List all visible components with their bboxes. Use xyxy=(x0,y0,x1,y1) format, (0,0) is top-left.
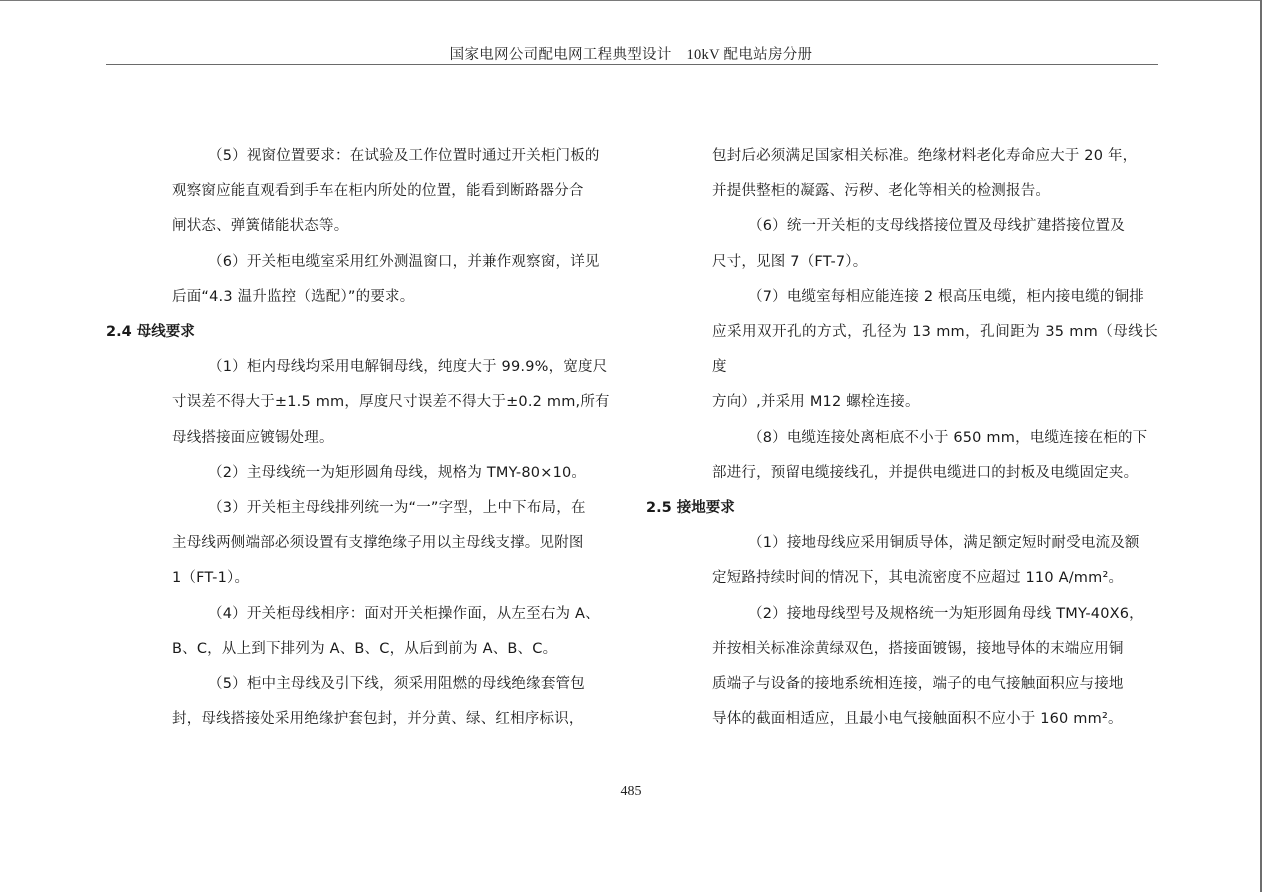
paragraph-first-line: （6）开关柜电缆室采用红外测温窗口，并兼作观察窗，详见 xyxy=(106,245,618,280)
section-heading: 2.5 接地要求 xyxy=(646,491,1158,526)
paragraph-first-line: （7）电缆室每相应能连接 2 根高压电缆，柜内接电缆的铜排 xyxy=(646,280,1158,315)
paragraph-line: 观察窗应能直观看到手车在柜内所处的位置，能看到断路器分合 xyxy=(106,174,618,209)
paragraph-line: 寸误差不得大于±1.5 mm，厚度尺寸误差不得大于±0.2 mm,所有 xyxy=(106,385,618,420)
paragraph-line: 并提供整柜的凝露、污秽、老化等相关的检测报告。 xyxy=(646,174,1158,209)
paragraph-line: 部进行，预留电缆接线孔，并提供电缆进口的封板及电缆固定夹。 xyxy=(646,456,1158,491)
paragraph-line: 包封后必须满足国家相关标准。绝缘材料老化寿命应大于 20 年， xyxy=(646,139,1158,174)
left-column: （5）视窗位置要求：在试验及工作位置时通过开关柜门板的观察窗应能直观看到手车在柜… xyxy=(106,139,618,737)
paragraph-first-line: （2）主母线统一为矩形圆角母线，规格为 TMY-80×10。 xyxy=(106,456,618,491)
paragraph-line: 后面“4.3 温升监控（选配）”的要求。 xyxy=(106,280,618,315)
paragraph-line: 闸状态、弹簧储能状态等。 xyxy=(106,209,618,244)
paragraph-line: 尺寸，见图 7（FT-7）。 xyxy=(646,245,1158,280)
paragraph-first-line: （1）接地母线应采用铜质导体，满足额定短时耐受电流及额 xyxy=(646,526,1158,561)
running-header: 国家电网公司配电网工程典型设计 10kV 配电站房分册 xyxy=(0,43,1262,64)
paragraph-line: 并按相关标准涂黄绿双色，搭接面镀锡，接地导体的末端应用铜 xyxy=(646,632,1158,667)
page-number: 485 xyxy=(0,784,1262,800)
paragraph-first-line: （4）开关柜母线相序：面对开关柜操作面，从左至右为 A、 xyxy=(106,597,618,632)
paragraph-first-line: （5）柜中主母线及引下线，须采用阻燃的母线绝缘套管包 xyxy=(106,667,618,702)
right-column: 包封后必须满足国家相关标准。绝缘材料老化寿命应大于 20 年，并提供整柜的凝露、… xyxy=(646,139,1158,737)
paragraph-line: 封，母线搭接处采用绝缘护套包封，并分黄、绿、红相序标识， xyxy=(106,702,618,737)
paragraph-line: 方向）,并采用 M12 螺栓连接。 xyxy=(646,385,1158,420)
paragraph-line: 应采用双开孔的方式，孔径为 13 mm，孔间距为 35 mm（母线长度 xyxy=(646,315,1158,385)
paragraph-first-line: （2）接地母线型号及规格统一为矩形圆角母线 TMY-40X6， xyxy=(646,597,1158,632)
paragraph-first-line: （1）柜内母线均采用电解铜母线，纯度大于 99.9%，宽度尺 xyxy=(106,350,618,385)
paragraph-line: B、C，从上到下排列为 A、B、C，从后到前为 A、B、C。 xyxy=(106,632,618,667)
paragraph-line: 质端子与设备的接地系统相连接，端子的电气接触面积应与接地 xyxy=(646,667,1158,702)
section-heading: 2.4 母线要求 xyxy=(106,315,618,350)
header-divider xyxy=(106,64,1158,65)
paragraph-first-line: （5）视窗位置要求：在试验及工作位置时通过开关柜门板的 xyxy=(106,139,618,174)
paragraph-first-line: （3）开关柜主母线排列统一为“一”字型，上中下布局，在 xyxy=(106,491,618,526)
paragraph-line: 定短路持续时间的情况下，其电流密度不应超过 110 A/mm²。 xyxy=(646,561,1158,596)
paragraph-line: 1（FT-1）。 xyxy=(106,561,618,596)
paragraph-line: 导体的截面相适应，且最小电气接触面积不应小于 160 mm²。 xyxy=(646,702,1158,737)
paragraph-line: 主母线两侧端部必须设置有支撑绝缘子用以主母线支撑。见附图 xyxy=(106,526,618,561)
paragraph-line: 母线搭接面应镀锡处理。 xyxy=(106,421,618,456)
paragraph-first-line: （8）电缆连接处离柜底不小于 650 mm，电缆连接在柜的下 xyxy=(646,421,1158,456)
page-frame-top xyxy=(0,0,1262,1)
paragraph-first-line: （6）统一开关柜的支母线搭接位置及母线扩建搭接位置及 xyxy=(646,209,1158,244)
